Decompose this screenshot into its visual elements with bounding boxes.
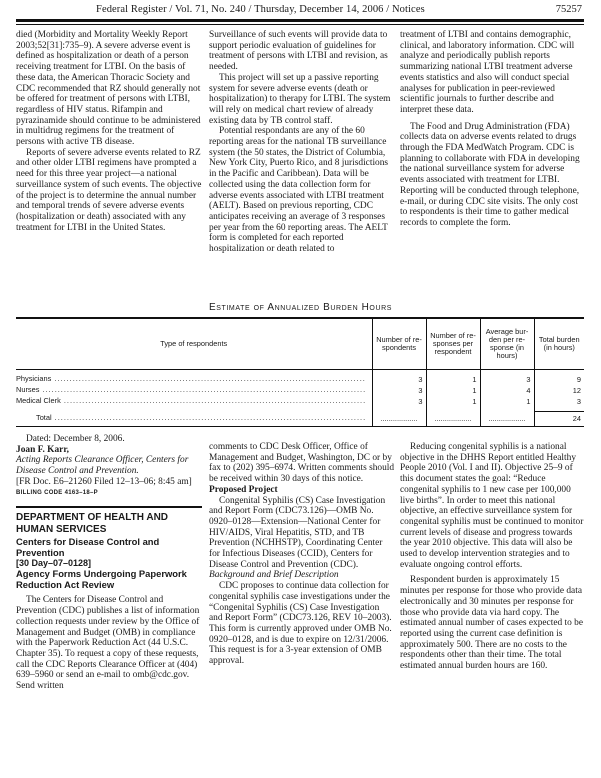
- paragraph: Congenital Syphilis (CS) Case Investigat…: [209, 496, 395, 571]
- table-title: Estimate of Annualized Burden Hours: [0, 302, 601, 313]
- proposed-project-heading: Proposed Project: [209, 485, 395, 496]
- notice-heading: Agency Forms Undergoing Paperwork Reduct…: [16, 568, 202, 590]
- upper-column-2: Surveillance of such events will provide…: [209, 30, 395, 255]
- paragraph: Respondent burden is approximately 15 mi…: [400, 575, 586, 671]
- column-header: Number of re-sponses per respondent: [426, 318, 480, 370]
- billing-code: BILLING CODE 4163–18–P: [16, 488, 202, 499]
- respondent-type: Medical Clerk: [16, 396, 366, 405]
- table-header-row: Type of respondents Number of re-sponden…: [16, 318, 584, 370]
- paragraph: This project will set up a passive repor…: [209, 73, 395, 127]
- cell-avg-burden: 4: [480, 385, 534, 396]
- upper-column-1: died (Morbidity and Mortality Weekly Rep…: [16, 30, 202, 233]
- table-row: Nurses 3 1 4 12: [16, 385, 584, 396]
- cell-total: 9: [534, 370, 584, 386]
- total-label: Total: [36, 413, 366, 422]
- paragraph: died (Morbidity and Mortality Weekly Rep…: [16, 30, 202, 148]
- respondent-type: Nurses: [16, 385, 366, 394]
- paragraph: Reducing congenital syphilis is a nation…: [400, 442, 586, 570]
- table-row: Physicians 3 1 3 9: [16, 370, 584, 386]
- cell-responses: 1: [426, 370, 480, 386]
- paragraph: CDC proposes to continue data collection…: [209, 581, 395, 667]
- signer-name: Joan F. Karr,: [16, 445, 202, 456]
- paragraph: Potential respondants are any of the 60 …: [209, 126, 395, 254]
- cell-total: 12: [534, 385, 584, 396]
- dated-line: Dated: December 8, 2006.: [16, 434, 202, 445]
- docket-number: [30 Day–07–0128]: [16, 558, 202, 569]
- cell-responses: 1: [426, 385, 480, 396]
- cell-responses: 1: [426, 396, 480, 411]
- running-head-title: Federal Register / Vol. 71, No. 240 / Th…: [96, 4, 425, 15]
- cell-empty: ..................: [376, 414, 423, 423]
- cell-respondents: 3: [372, 370, 426, 386]
- column-header: Total burden (in hours): [534, 318, 584, 370]
- fr-doc-line: [FR Doc. E6–21260 Filed 12–13–06; 8:45 a…: [16, 477, 202, 488]
- agency-heading: Centers for Disease Control and Preventi…: [16, 536, 202, 558]
- column-header: Average bur-den per re-sponse (in hours): [480, 318, 534, 370]
- column-header: Number of re-spondents: [372, 318, 426, 370]
- cell-avg-burden: 1: [480, 396, 534, 411]
- paragraph: Reports of severe adverse events related…: [16, 148, 202, 234]
- header-rule-thick: [16, 19, 584, 22]
- background-heading: Background and Brief Description: [209, 570, 395, 581]
- header-rule-thin: [16, 24, 584, 25]
- paragraph: comments to CDC Desk Officer, Office of …: [209, 442, 395, 485]
- cell-total-burden: 24: [534, 411, 584, 426]
- paragraph: Surveillance of such events will provide…: [209, 30, 395, 73]
- page-number: 75257: [556, 4, 582, 15]
- page-header: Federal Register / Vol. 71, No. 240 / Th…: [16, 4, 584, 18]
- cell-respondents: 3: [372, 396, 426, 411]
- table-row: Medical Clerk 3 1 1 3: [16, 396, 584, 411]
- paragraph: treatment of LTBI and contains demograph…: [400, 30, 586, 116]
- cell-respondents: 3: [372, 385, 426, 396]
- section-divider: [16, 506, 202, 508]
- column-header: Type of respondents: [16, 318, 372, 370]
- department-heading: DEPARTMENT OF HEALTH AND HUMAN SERVICES: [16, 512, 202, 536]
- paragraph: The Centers for Disease Control and Prev…: [16, 595, 202, 691]
- cell-empty: ..................: [484, 414, 531, 423]
- lower-column-2: comments to CDC Desk Officer, Office of …: [209, 442, 395, 667]
- cell-total: 3: [534, 396, 584, 411]
- lower-column-3: Reducing congenital syphilis is a nation…: [400, 442, 586, 672]
- lower-column-1: Dated: December 8, 2006. Joan F. Karr, A…: [16, 434, 202, 692]
- cell-avg-burden: 3: [480, 370, 534, 386]
- paragraph: The Food and Drug Administration (FDA) c…: [400, 122, 586, 229]
- table-total-row: Total .................. ...............…: [16, 411, 584, 426]
- signer-title: Acting Reports Clearance Officer, Center…: [16, 455, 202, 476]
- burden-hours-table: Type of respondents Number of re-sponden…: [16, 317, 584, 427]
- cell-empty: ..................: [430, 414, 477, 423]
- respondent-type: Physicians: [16, 374, 366, 383]
- upper-column-3: treatment of LTBI and contains demograph…: [400, 30, 586, 229]
